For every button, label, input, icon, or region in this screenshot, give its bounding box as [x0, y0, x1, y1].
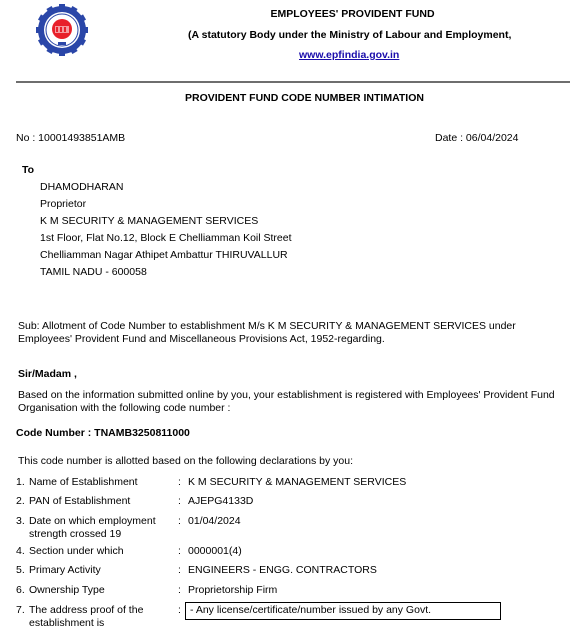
- declaration-colon: :: [178, 476, 181, 488]
- declaration-number: 1.: [16, 476, 25, 488]
- declaration-colon: :: [178, 495, 181, 507]
- org-subtitle: (A statutory Body under the Ministry of …: [188, 29, 511, 41]
- declaration-colon: :: [178, 564, 181, 576]
- declaration-colon: :: [178, 515, 181, 527]
- header-divider: [16, 81, 570, 83]
- website-link[interactable]: www.epfindia.gov.in: [299, 49, 399, 61]
- declaration-colon: :: [178, 545, 181, 557]
- subject-line: Sub: Allotment of Code Number to establi…: [18, 320, 558, 346]
- address-proof-box: - Any license/certificate/number issued …: [185, 602, 501, 620]
- code-number: Code Number : TNAMB3250811000: [16, 427, 190, 439]
- address-line: DHAMODHARAN: [40, 181, 123, 193]
- salutation: Sir/Madam ,: [18, 368, 77, 380]
- declaration-number: 4.: [16, 545, 25, 557]
- declaration-label: Date on which employment strength crosse…: [29, 515, 169, 541]
- document-title: PROVIDENT FUND CODE NUMBER INTIMATION: [185, 92, 424, 104]
- epfo-logo-icon: [36, 4, 88, 56]
- address-line: 1st Floor, Flat No.12, Block E Chelliamm…: [40, 232, 292, 244]
- address-line: K M SECURITY & MANAGEMENT SERVICES: [40, 215, 258, 227]
- reference-number: No : 10001493851AMB: [16, 132, 125, 144]
- declaration-value: 0000001(4): [188, 545, 242, 557]
- declaration-value: ENGINEERS - ENGG. CONTRACTORS: [188, 564, 377, 576]
- declarations-intro: This code number is allotted based on th…: [18, 455, 353, 467]
- document-date: Date : 06/04/2024: [435, 132, 518, 144]
- declaration-value: - Any license/certificate/number issued …: [190, 604, 431, 616]
- declaration-value: Proprietorship Firm: [188, 584, 277, 596]
- declaration-label: Ownership Type: [29, 584, 169, 597]
- declaration-value: 01/04/2024: [188, 515, 241, 527]
- declaration-colon: :: [178, 584, 181, 596]
- address-line: Chelliamman Nagar Athipet Ambattur THIRU…: [40, 249, 288, 261]
- address-line: Proprietor: [40, 198, 86, 210]
- declaration-colon: :: [178, 604, 181, 616]
- declaration-number: 5.: [16, 564, 25, 576]
- declaration-label: Primary Activity: [29, 564, 169, 577]
- declaration-label: Name of Establishment: [29, 476, 169, 489]
- declaration-label: Section under which: [29, 545, 169, 558]
- declaration-number: 2.: [16, 495, 25, 507]
- declaration-number: 6.: [16, 584, 25, 596]
- to-label: To: [22, 164, 34, 176]
- org-name: EMPLOYEES' PROVIDENT FUND: [180, 8, 525, 20]
- declaration-label: PAN of Establishment: [29, 495, 169, 508]
- declaration-value: K M SECURITY & MANAGEMENT SERVICES: [188, 476, 406, 488]
- declaration-label: The address proof of the establishment i…: [29, 604, 169, 630]
- body-paragraph: Based on the information submitted onlin…: [18, 389, 558, 415]
- declaration-number: 7.: [16, 604, 25, 616]
- declaration-number: 3.: [16, 515, 25, 527]
- declaration-value: AJEPG4133D: [188, 495, 253, 507]
- address-line: TAMIL NADU - 600058: [40, 266, 147, 278]
